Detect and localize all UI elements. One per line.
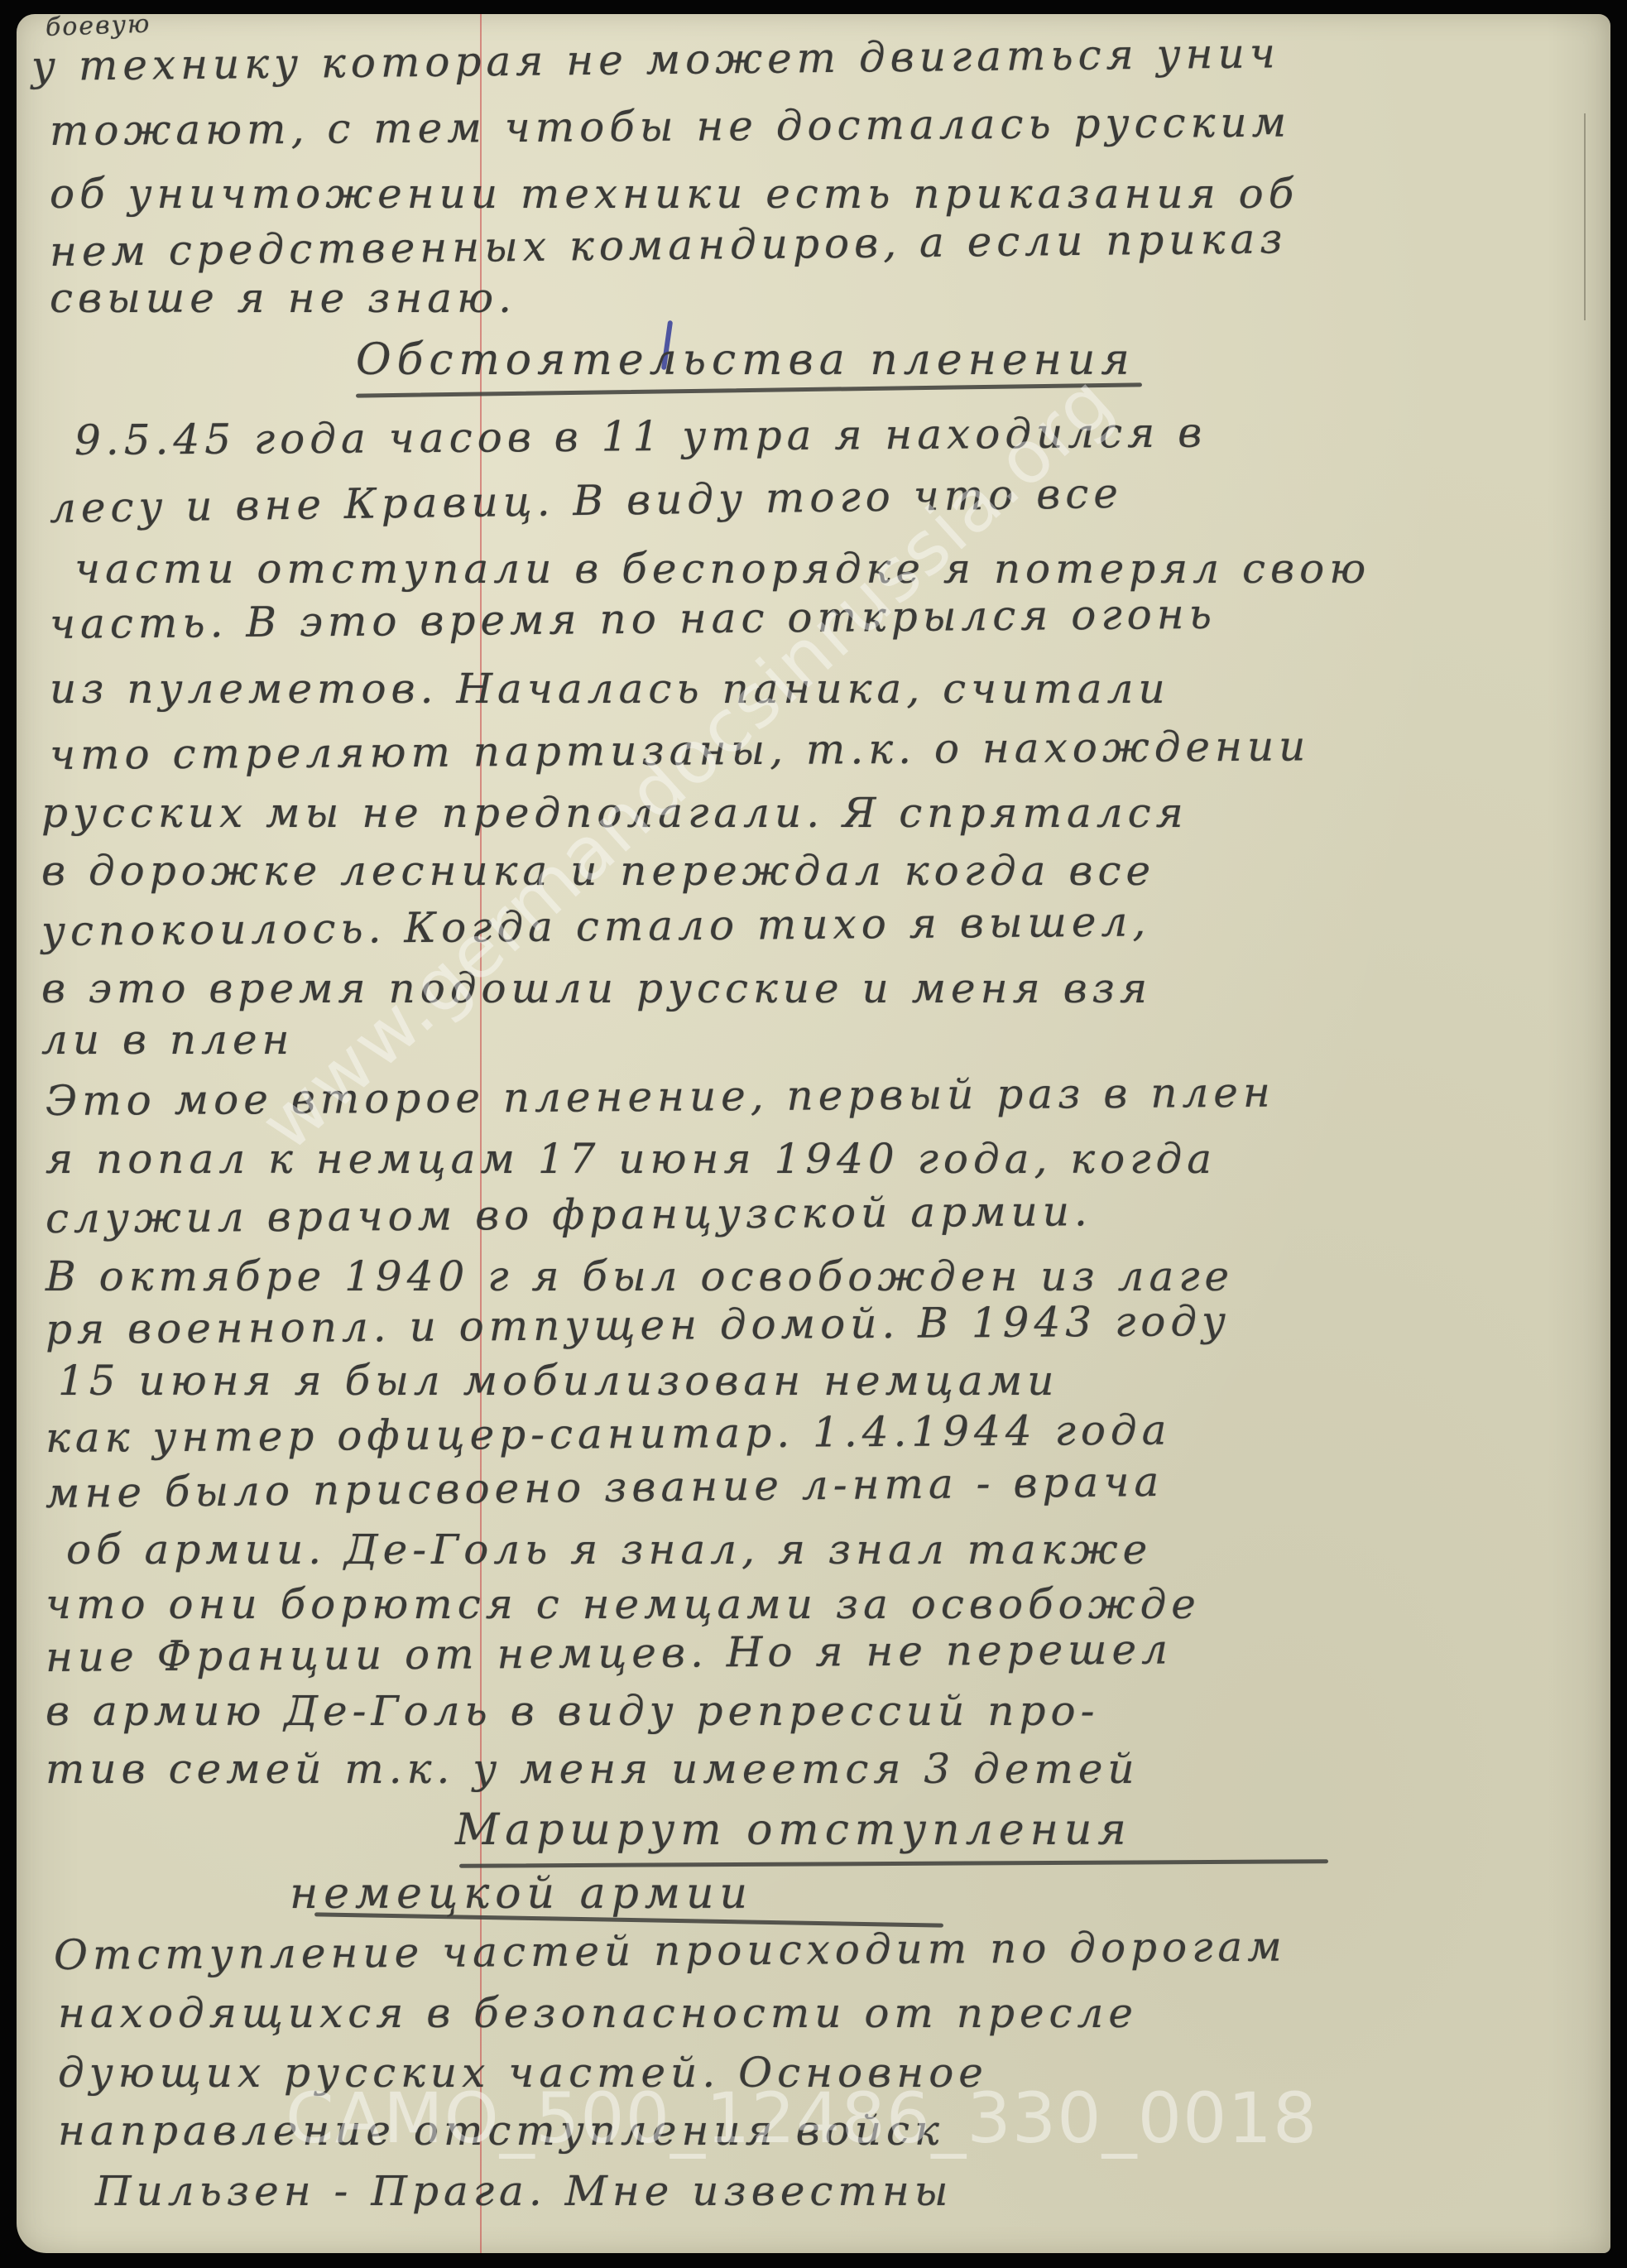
text-line: части отступали в беспорядке я потерял с… [74, 548, 1370, 589]
text-line: как унтер офицер-санитар. 1.4.1944 года [46, 1410, 1172, 1458]
text-line: ли в плен [41, 1019, 295, 1060]
text-line: русских мы не предполагали. Я спрятался [41, 792, 1188, 834]
text-line: я попал к немцам 17 июня 1940 года, когд… [46, 1138, 1217, 1180]
text-line: у технику которая не может двигаться уни… [31, 32, 1280, 87]
text-line: об уничтожении техники есть приказания о… [50, 173, 1298, 214]
text-line: свыше я не знаю. [50, 277, 516, 319]
text-line: находящихся в безопасности от пресле [58, 1992, 1138, 2034]
top-note: боевую [45, 12, 151, 41]
text-line: в это время подошли русские и меня взя [41, 968, 1152, 1009]
text-line: 15 июня я был мобилизован немцами [58, 1360, 1058, 1401]
text-line: тожают, с тем чтобы не досталась русским [50, 102, 1291, 151]
text-line: дующих русских частей. Основное [58, 2052, 988, 2093]
text-line: часть. В это время по нас открылся огонь [50, 593, 1217, 645]
text-line: Отступление частей происходит по дорогам [54, 1926, 1287, 1976]
heading-capture-circumstances: Обстоятельства пленения [356, 339, 1135, 382]
handwritten-text: боевую у технику которая не может двигат… [17, 14, 1610, 2253]
text-line: служил врачом во французской армии. [46, 1190, 1092, 1239]
text-line: успокоилось. Когда стало тихо я вышел, [41, 901, 1151, 952]
heading-german-army: немецкой армии [290, 1872, 753, 1915]
heading-underline [356, 382, 1142, 397]
text-line: В октябре 1940 г я был освобожден из лаг… [46, 1256, 1234, 1297]
heading-retreat-route: Маршрут отступления [455, 1809, 1132, 1852]
text-line: в армию Де-Голь в виду репрессий про- [46, 1690, 1099, 1732]
text-line: ря военнопл. и отпущен домой. В 1943 год… [46, 1300, 1231, 1350]
text-line: из пулеметов. Началась паника, считали [50, 668, 1170, 709]
text-line: ние Франции от немцев. Но я не перешел [46, 1628, 1173, 1678]
document-page: боевую у технику которая не может двигат… [17, 14, 1610, 2253]
text-line: что стреляют партизаны, т.к. о нахождени… [50, 725, 1311, 776]
text-line: Пильзен - Прага. Мне известны [95, 2170, 953, 2212]
text-line: лесу и вне Кравиц. В виду того что все [50, 473, 1124, 529]
text-line: об армии. Де-Голь я знал, я знал также [66, 1529, 1152, 1570]
text-line: что они борются с немцами за освобожде [46, 1583, 1201, 1625]
heading-underline [459, 1859, 1328, 1867]
text-line: направление отступления войск [58, 2110, 944, 2151]
text-line: Это мое второе пленение, первый раз в пл… [46, 1072, 1275, 1122]
text-line: нем средственных командиров, а если прик… [50, 218, 1288, 272]
text-line: мне было присвоено звание л-нта - врача [46, 1461, 1164, 1514]
text-line: в дорожке лесника и переждал когда все [41, 850, 1155, 891]
text-line: тив семей т.к. у меня имеется 3 детей [46, 1748, 1140, 1790]
text-line: 9.5.45 года часов в 11 утра я находился … [74, 411, 1207, 461]
